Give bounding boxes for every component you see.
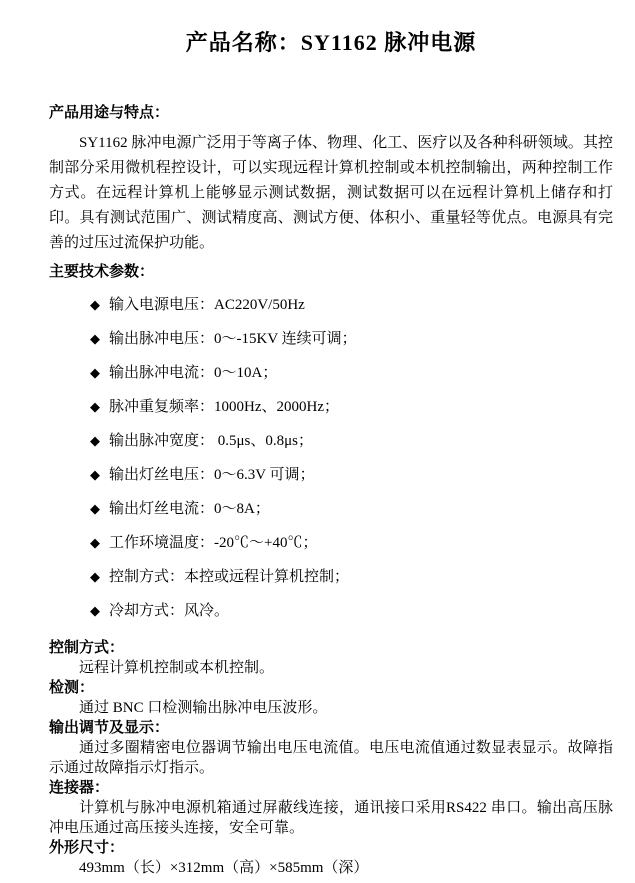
list-item: ◆ 输出灯丝电流：0～8A； xyxy=(49,498,613,520)
parameters-heading: 主要技术参数： xyxy=(49,262,613,282)
parameter-text: 输出灯丝电压：0～6.3V 可调； xyxy=(109,465,315,486)
parameter-text: 冷却方式：风冷。 xyxy=(109,601,229,622)
diamond-bullet-icon: ◆ xyxy=(90,294,100,315)
section-usage: 产品用途与特点： SY1162 脉冲电源广泛用于等离子体、物理、化工、医疗以及各… xyxy=(49,103,613,256)
diamond-bullet-icon: ◆ xyxy=(90,600,100,621)
usage-body: SY1162 脉冲电源广泛用于等离子体、物理、化工、医疗以及各种科研领域。其控制… xyxy=(49,131,613,256)
dimensions-body: 493mm（长）×312mm（高）×585mm（深） xyxy=(49,858,613,878)
diamond-bullet-icon: ◆ xyxy=(90,464,100,485)
parameter-text: 输出脉冲电流：0～10A； xyxy=(109,363,277,384)
output-display-heading: 输出调节及显示： xyxy=(49,718,613,738)
control-mode-heading: 控制方式： xyxy=(49,638,613,658)
output-display-body: 通过多圈精密电位器调节输出电压电流值。电压电流值通过数显表显示。故障指示通过故障… xyxy=(49,738,613,778)
parameter-text: 控制方式：本控或远程计算机控制； xyxy=(109,567,349,588)
parameter-text: 输入电源电压：AC220V/50Hz xyxy=(109,295,305,316)
diamond-bullet-icon: ◆ xyxy=(90,532,100,553)
parameters-list: ◆ 输入电源电压：AC220V/50Hz ◆ 输出脉冲电压：0～-15KV 连续… xyxy=(49,294,613,622)
section-connector: 连接器： 计算机与脉冲电源机箱通过屏蔽线连接，通讯接口采用RS422 串口。输出… xyxy=(49,778,613,838)
list-item: ◆ 输出脉冲电压：0～-15KV 连续可调； xyxy=(49,328,613,350)
document-page: 产品名称：SY1162 脉冲电源 产品用途与特点： SY1162 脉冲电源广泛用… xyxy=(0,0,635,883)
page-title: 产品名称：SY1162 脉冲电源 xyxy=(49,28,613,57)
diamond-bullet-icon: ◆ xyxy=(90,430,100,451)
connector-body: 计算机与脉冲电源机箱通过屏蔽线连接，通讯接口采用RS422 串口。输出高压脉冲电… xyxy=(49,798,613,838)
list-item: ◆ 工作环境温度：-20℃～+40℃； xyxy=(49,532,613,554)
parameter-text: 输出脉冲电压：0～-15KV 连续可调； xyxy=(109,329,357,350)
diamond-bullet-icon: ◆ xyxy=(90,396,100,417)
parameter-text: 工作环境温度：-20℃～+40℃； xyxy=(109,533,317,554)
section-parameters: 主要技术参数： ◆ 输入电源电压：AC220V/50Hz ◆ 输出脉冲电压：0～… xyxy=(49,262,613,622)
diamond-bullet-icon: ◆ xyxy=(90,566,100,587)
section-output-display: 输出调节及显示： 通过多圈精密电位器调节输出电压电流值。电压电流值通过数显表显示… xyxy=(49,718,613,778)
section-detection: 检测： 通过 BNC 口检测输出脉冲电压波形。 xyxy=(49,678,613,718)
connector-heading: 连接器： xyxy=(49,778,613,798)
list-item: ◆ 脉冲重复频率：1000Hz、2000Hz； xyxy=(49,396,613,418)
list-item: ◆ 控制方式：本控或远程计算机控制； xyxy=(49,566,613,588)
detection-heading: 检测： xyxy=(49,678,613,698)
parameter-text: 输出灯丝电流：0～8A； xyxy=(109,499,270,520)
detection-body: 通过 BNC 口检测输出脉冲电压波形。 xyxy=(49,698,613,718)
usage-heading: 产品用途与特点： xyxy=(49,103,613,123)
list-item: ◆ 输出脉冲电流：0～10A； xyxy=(49,362,613,384)
list-item: ◆ 输出灯丝电压：0～6.3V 可调； xyxy=(49,464,613,486)
diamond-bullet-icon: ◆ xyxy=(90,328,100,349)
section-dimensions: 外形尺寸： 493mm（长）×312mm（高）×585mm（深） xyxy=(49,838,613,878)
control-mode-body: 远程计算机控制或本机控制。 xyxy=(49,658,613,678)
parameter-text: 输出脉冲宽度： 0.5μs、0.8μs； xyxy=(109,431,313,452)
diamond-bullet-icon: ◆ xyxy=(90,362,100,383)
list-item: ◆ 输入电源电压：AC220V/50Hz xyxy=(49,294,613,316)
list-item: ◆ 冷却方式：风冷。 xyxy=(49,600,613,622)
dimensions-heading: 外形尺寸： xyxy=(49,838,613,858)
list-item: ◆ 输出脉冲宽度： 0.5μs、0.8μs； xyxy=(49,430,613,452)
diamond-bullet-icon: ◆ xyxy=(90,498,100,519)
section-control-mode: 控制方式： 远程计算机控制或本机控制。 xyxy=(49,638,613,678)
parameter-text: 脉冲重复频率：1000Hz、2000Hz； xyxy=(109,397,339,418)
